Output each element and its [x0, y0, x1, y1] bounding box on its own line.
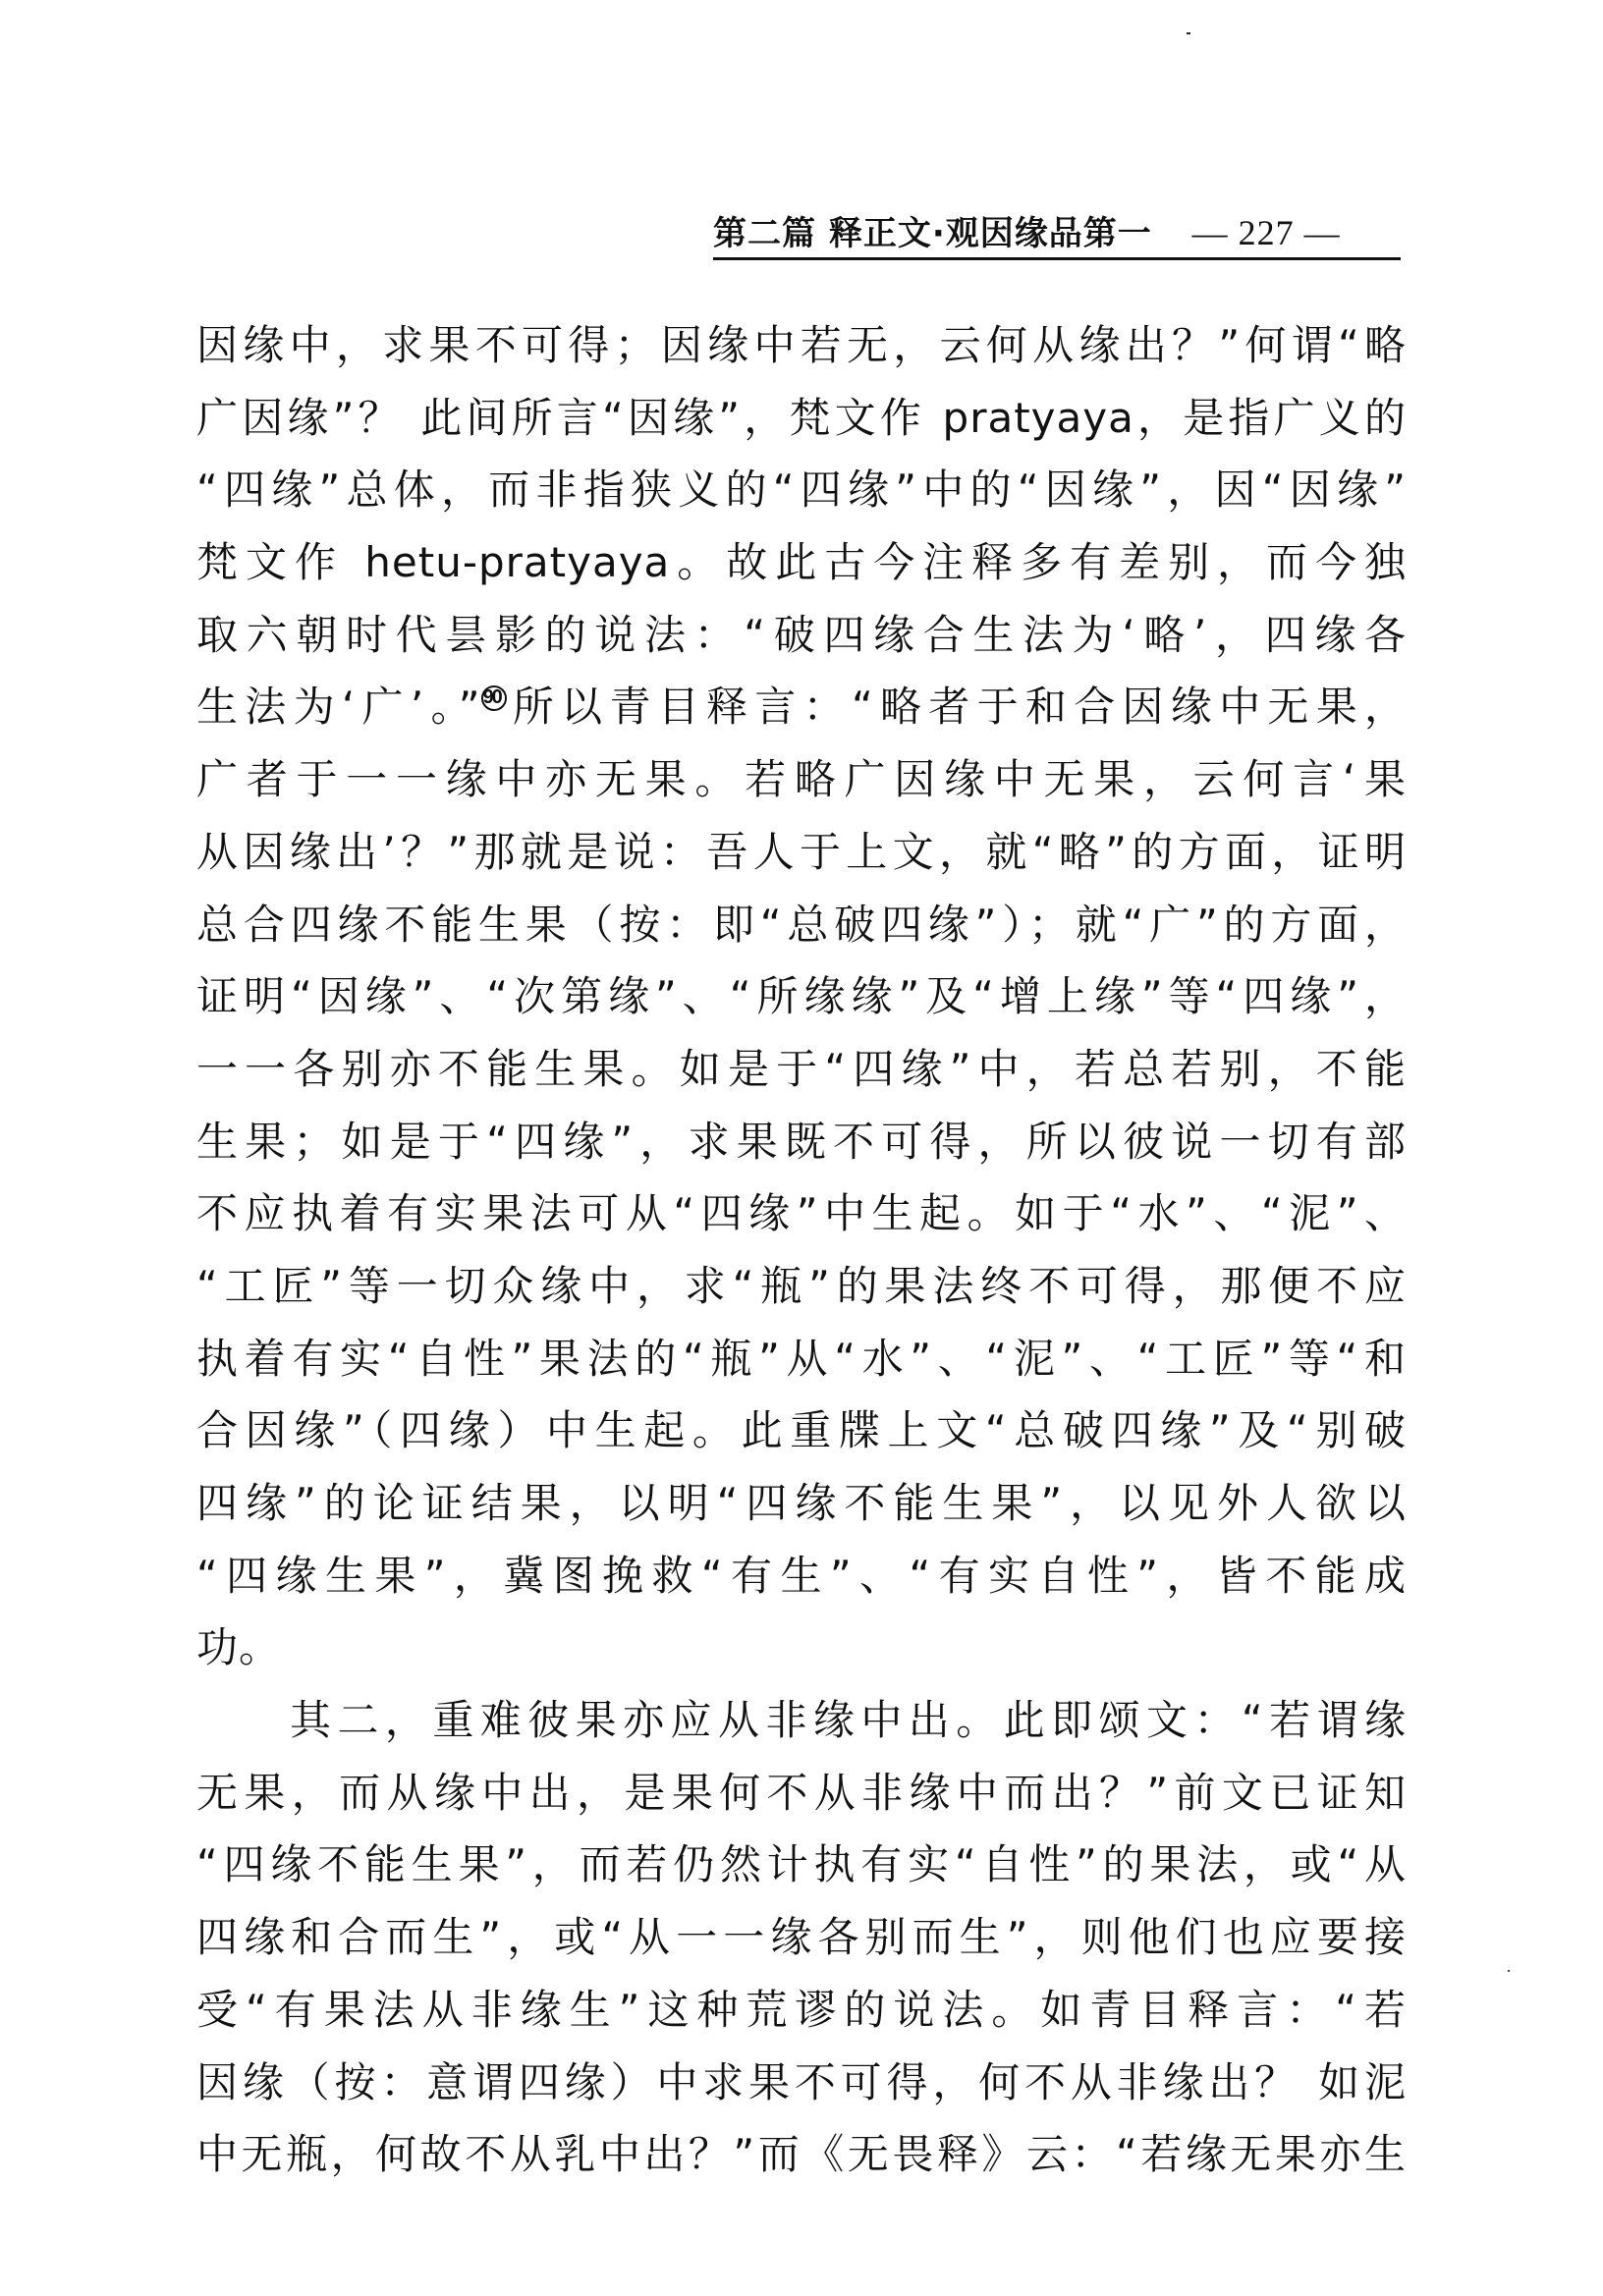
text-line: “四缘不能生果”，而若仍然计执有实“自性”的果法，或“从: [196, 1835, 1407, 1908]
text-line: “四缘”总体，而非指狭义的“四缘”中的“因缘”，因“因缘”: [196, 461, 1407, 533]
paragraph-start-line: 其二，重难彼果亦应从非缘中出。此即颂文：“若谓缘: [196, 1691, 1407, 1764]
running-header: 第二篇 释正文·观因缘品第一 — 227 —: [713, 210, 1401, 255]
text-line: 一一各别亦不能生果。如是于“四缘”中，若总若别，不能: [196, 1040, 1407, 1113]
text-line: 证明“因缘”、“次第缘”、“所缘缘”及“增上缘”等“四缘”，: [196, 967, 1407, 1040]
text-line: 因缘中，求果不可得；因缘中若无，云何从缘出？”何谓“略: [196, 316, 1407, 389]
text-line: 从因缘出’？”那就是说：吾人于上文，就“略”的方面，证明: [196, 823, 1407, 896]
text-line: 总合四缘不能生果（按：即“总破四缘”）；就“广”的方面，: [196, 896, 1407, 968]
text-line: 广因缘”？ 此间所言“因缘”，梵文作 pratyaya，是指广义的: [196, 389, 1407, 462]
paragraph-end-line: 功。: [196, 1618, 1407, 1691]
text-line: 不应执着有实果法可从“四缘”中生起。如于“水”、“泥”、: [196, 1184, 1407, 1257]
text-line: 梵文作 hetu-pratyaya。故此古今注释多有差别，而今独: [196, 533, 1407, 606]
text-line-with-footnote: 生法为‘广’。”90所以青目释言：“略者于和合因缘中无果，: [196, 678, 1407, 750]
text-line: 受“有果法从非缘生”这种荒谬的说法。如青目释言：“若: [196, 1981, 1407, 2053]
text-line: 执着有实“自性”果法的“瓶”从“水”、“泥”、“工匠”等“和: [196, 1330, 1407, 1402]
text-fragment: 生法为‘广’。”: [196, 683, 481, 731]
text-line: 四缘和合而生”，或“从一一缘各别而生”，则他们也应要接: [196, 1908, 1407, 1981]
text-line: “工匠”等一切众缘中，求“瓶”的果法终不可得，那便不应: [196, 1257, 1407, 1330]
body-text: 因缘中，求果不可得；因缘中若无，云何从缘出？”何谓“略 广因缘”？ 此间所言“因…: [196, 316, 1407, 2198]
running-title: 第二篇 释正文·观因缘品第一: [713, 211, 1152, 256]
text-line: “四缘生果”，冀图挽救“有生”、“有实自性”，皆不能成: [196, 1547, 1407, 1619]
footnote-marker[interactable]: 90: [481, 685, 507, 711]
text-line: 生果；如是于“四缘”，求果既不可得，所以彼说一切有部: [196, 1113, 1407, 1185]
page-number: — 227 —: [1192, 210, 1341, 255]
header-rule: [713, 257, 1401, 260]
scan-speck: [1508, 1970, 1510, 1972]
book-page: 第二篇 释正文·观因缘品第一 — 227 — 因缘中，求果不可得；因缘中若无，云…: [0, 0, 1603, 2296]
text-line: 广者于一一缘中亦无果。若略广因缘中无果，云何言‘果: [196, 750, 1407, 823]
text-line: 四缘”的论证结果，以明“四缘不能生果”，以见外人欲以: [196, 1474, 1407, 1547]
text-line: 合因缘”（四缘）中生起。此重牒上文“总破四缘”及“别破: [196, 1401, 1407, 1474]
text-line: 取六朝时代昙影的说法：“破四缘合生法为‘略’，四缘各: [196, 606, 1407, 679]
text-line: 中无瓶，何故不从乳中出？”而《无畏释》云：“若缘无果亦生: [196, 2125, 1407, 2198]
scan-speck: [1187, 32, 1190, 34]
text-fragment: 所以青目释言：“略者于和合因缘中无果，: [507, 683, 1407, 731]
text-line: 因缘（按：意谓四缘）中求果不可得，何不从非缘出？ 如泥: [196, 2053, 1407, 2126]
text-line: 无果，而从缘中出，是果何不从非缘中而出？”前文已证知: [196, 1764, 1407, 1836]
